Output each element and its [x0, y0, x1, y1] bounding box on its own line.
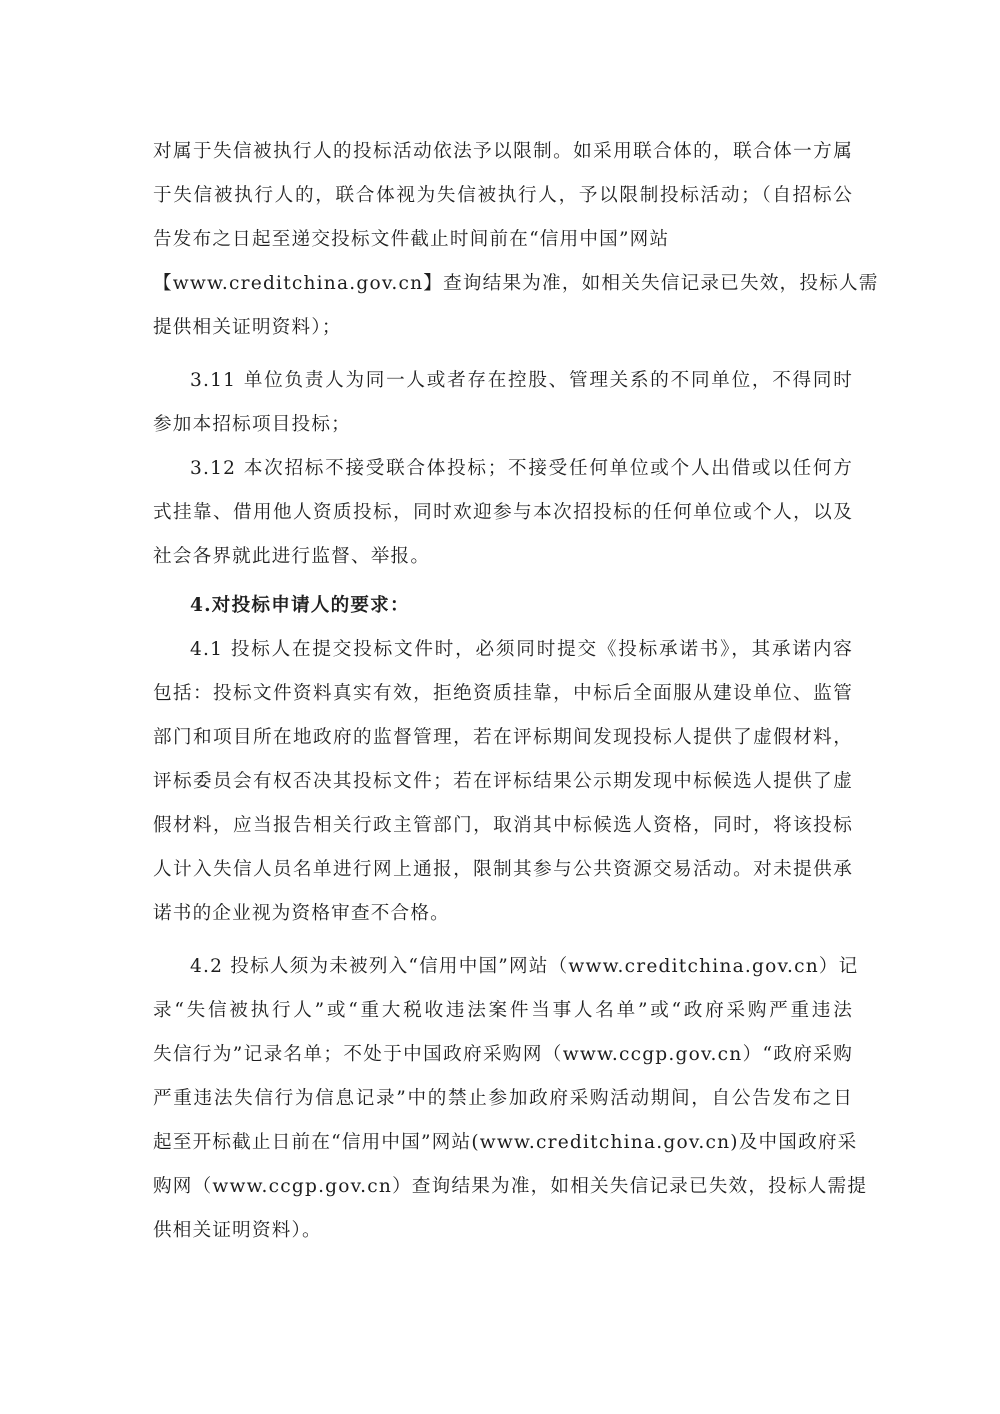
paragraph-line: 供相关证明资料）。 — [153, 1219, 853, 1243]
paragraph-line: 对属于失信被执行人的投标活动依法予以限制。如采用联合体的，联合体一方属 — [153, 140, 853, 164]
paragraph-line: 【www.creditchina.gov.cn】查询结果为准，如相关失信记录已失… — [153, 272, 853, 296]
paragraph-line: 3.12 本次招标不接受联合体投标；不接受任何单位或个人出借或以任何方 — [190, 457, 853, 481]
paragraph-line: 失信行为”记录名单；不处于中国政府采购网（www.ccgp.gov.cn）“政府… — [153, 1043, 853, 1067]
paragraph-line: 购网（www.ccgp.gov.cn）查询结果为准，如相关失信记录已失效，投标人… — [153, 1175, 853, 1199]
paragraph-line: 3.11 单位负责人为同一人或者存在控股、管理关系的不同单位，不得同时 — [190, 369, 853, 393]
paragraph-line: 评标委员会有权否决其投标文件；若在评标结果公示期发现中标候选人提供了虚 — [153, 770, 853, 794]
paragraph-line: 社会各界就此进行监督、举报。 — [153, 545, 853, 569]
paragraph-line: 于失信被执行人的，联合体视为失信被执行人，予以限制投标活动；（自招标公 — [153, 184, 853, 208]
paragraph-line: 严重违法失信行为信息记录”中的禁止参加政府采购活动期间，自公告发布之日 — [153, 1087, 853, 1111]
paragraph-line: 提供相关证明资料）； — [153, 316, 853, 340]
paragraph-line: 告发布之日起至递交投标文件截止时间前在“信用中国”网站 — [153, 228, 853, 252]
paragraph-line: 起至开标截止日前在“信用中国”网站(www.creditchina.gov.cn… — [153, 1131, 853, 1155]
paragraph-line: 假材料，应当报告相关行政主管部门，取消其中标候选人资格，同时，将该投标 — [153, 814, 853, 838]
paragraph-line: 人计入失信人员名单进行网上通报，限制其参与公共资源交易活动。对未提供承 — [153, 858, 853, 882]
paragraph-line: 诺书的企业视为资格审查不合格。 — [153, 902, 853, 926]
paragraph-line: 参加本招标项目投标； — [153, 413, 853, 437]
section-heading: 4.对投标申请人的要求： — [190, 594, 853, 618]
document-page: 对属于失信被执行人的投标活动依法予以限制。如采用联合体的，联合体一方属于失信被执… — [0, 0, 1000, 1414]
paragraph-line: 4.1 投标人在提交投标文件时，必须同时提交《投标承诺书》，其承诺内容 — [190, 638, 853, 662]
paragraph-line: 录“失信被执行人”或“重大税收违法案件当事人名单”或“政府采购严重违法 — [153, 999, 853, 1023]
paragraph-line: 部门和项目所在地政府的监督管理，若在评标期间发现投标人提供了虚假材料， — [153, 726, 853, 750]
paragraph-line: 4.2 投标人须为未被列入“信用中国”网站（www.creditchina.go… — [190, 955, 853, 979]
paragraph-line: 式挂靠、借用他人资质投标，同时欢迎参与本次招投标的任何单位或个人，以及 — [153, 501, 853, 525]
paragraph-line: 包括：投标文件资料真实有效，拒绝资质挂靠，中标后全面服从建设单位、监管 — [153, 682, 853, 706]
